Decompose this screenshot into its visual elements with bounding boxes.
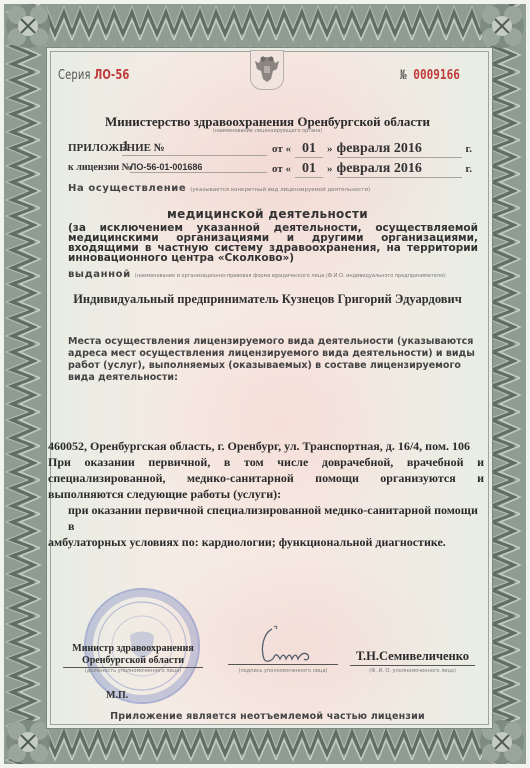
appendix-date: от « 01 » февраля 2016 г. [272,139,472,158]
series-label: Серия ЛО-56 [58,68,130,83]
form-number-value: 0009166 [413,68,460,83]
licensed-activity: медицинской деятельности [45,207,490,221]
issuing-authority-caption: (наименование лицензирующего органа) [45,128,490,134]
series-value: ЛО-56 [94,68,130,83]
services-line-3: выполняются следующие работы (услуги): [48,486,484,502]
signature-line [228,664,338,665]
license-number: ЛО-56-01-001686 [130,162,267,173]
seal-mark: М.П. [106,690,128,701]
footer-note: Приложение является неотъемлемой частью … [45,711,490,722]
license-label: к лицензии № [68,162,132,173]
services-line-1: При оказании первичной, в том числе довр… [48,454,484,470]
signatory-position: Министр здравоохранения Оренбургской обл… [58,643,208,668]
license-date: от « 01 » февраля 2016 г. [272,159,472,178]
license-holder: Индивидуальный предприниматель Кузнецов … [45,292,490,307]
name-line [350,665,475,666]
address-and-services: 460052, Оренбургская область, г. Оренбур… [48,438,484,550]
license-month-year: февраля 2016 [337,161,462,178]
position-caption: (должность уполномоченного лица) [68,668,198,674]
activity-caption: (указывается конкретный вид лицензируемо… [190,187,370,193]
name-caption: (Ф. И. О. уполномоченного лица) [350,668,475,674]
handwritten-signature-icon [250,625,330,667]
license-day: 01 [295,161,323,178]
activity-label: На осуществление(указывается конкретный … [68,183,370,194]
signatory-name: Т.Н.Семивеличенко [350,649,475,664]
appendix-number: 1 [122,139,267,156]
places-heading: Места осуществления лицензируемого вида … [68,336,486,384]
issued-to-label: выданной (наименование и организационно-… [68,271,478,280]
services-line-2: специализированной, медико-санитарной по… [48,470,484,486]
address: 460052, Оренбургская область, г. Оренбур… [48,438,484,454]
form-number: № 0009166 [400,68,460,83]
services-line-4: при оказании первичной специализированно… [48,502,484,534]
appendix-month-year: февраля 2016 [337,141,462,158]
issued-to-caption: (наименование и организационно-правовая … [135,273,447,279]
russian-coat-of-arms-icon [250,50,284,90]
services-line-5: амбулаторных условиях по: кардиологии; ф… [48,534,484,550]
signature-caption: (подпись уполномоченного лица) [228,668,338,674]
activity-exclusion: (за исключением указанной деятельности, … [68,223,478,263]
appendix-day: 01 [295,141,323,158]
